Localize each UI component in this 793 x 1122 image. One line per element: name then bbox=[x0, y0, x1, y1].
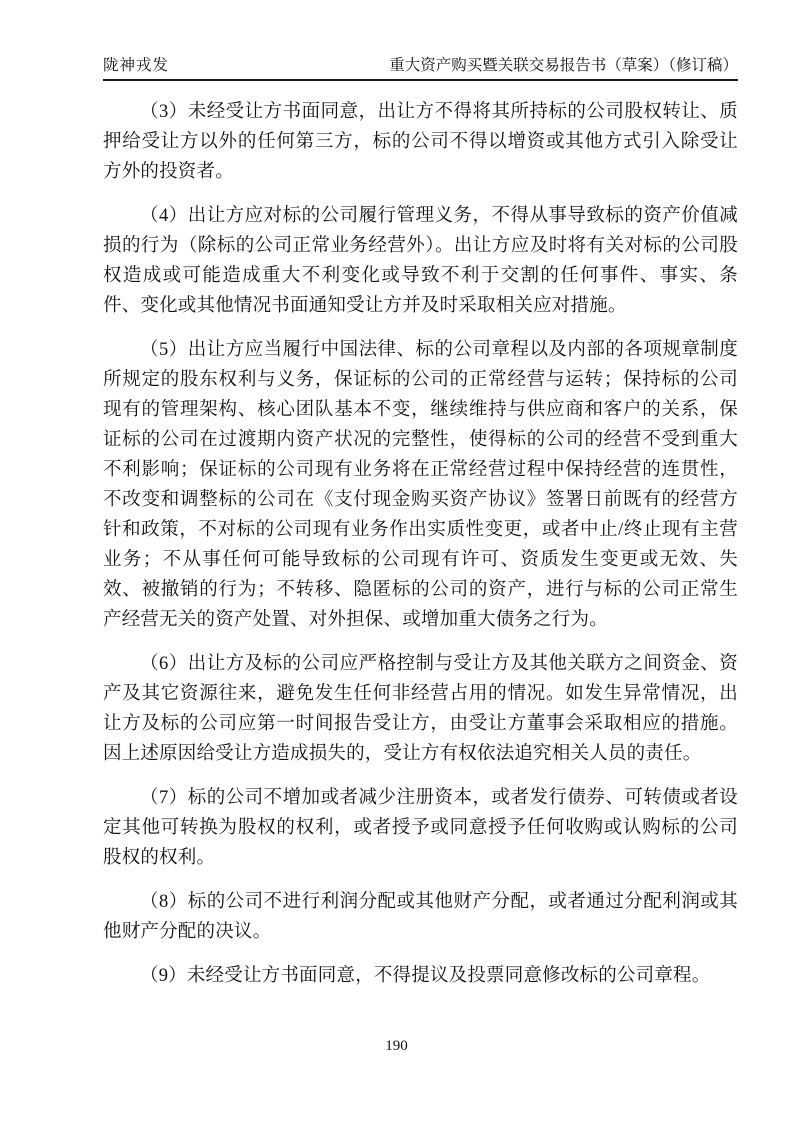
document-body: （3）未经受让方书面同意，出让方不得将其所持标的公司股权转让、质押给受让方以外的… bbox=[103, 81, 738, 991]
header-report-title: 重大资产购买暨关联交易报告书（草案）（修订稿） bbox=[389, 56, 738, 75]
body-paragraph-7: （7）标的公司不增加或者减少注册资本，或者发行债券、可转债或者设定其他可转换为股… bbox=[103, 783, 738, 873]
header-company-name: 陇神戎发 bbox=[103, 56, 169, 75]
body-paragraph-6: （6）出让方及标的公司应严格控制与受让方及其他关联方之间资金、资产及其它资源往来… bbox=[103, 649, 738, 769]
body-paragraph-5: （5）出让方应当履行中国法律、标的公司章程以及内部的各项规章制度所规定的股东权利… bbox=[103, 335, 738, 635]
body-paragraph-4: （4）出让方应对标的公司履行管理义务，不得从事导致标的资产价值减损的行为（除标的… bbox=[103, 201, 738, 321]
page-header: 陇神戎发 重大资产购买暨关联交易报告书（草案）（修订稿） bbox=[103, 0, 738, 81]
body-paragraph-8: （8）标的公司不进行利润分配或其他财产分配，或者通过分配利润或其他财产分配的决议… bbox=[103, 887, 738, 947]
document-page: 陇神戎发 重大资产购买暨关联交易报告书（草案）（修订稿） （3）未经受让方书面同… bbox=[0, 0, 793, 1122]
page-number: 190 bbox=[0, 1038, 793, 1055]
body-paragraph-3: （3）未经受让方书面同意，出让方不得将其所持标的公司股权转让、质押给受让方以外的… bbox=[103, 97, 738, 187]
body-paragraph-9: （9）未经受让方书面同意，不得提议及投票同意修改标的公司章程。 bbox=[103, 961, 738, 991]
